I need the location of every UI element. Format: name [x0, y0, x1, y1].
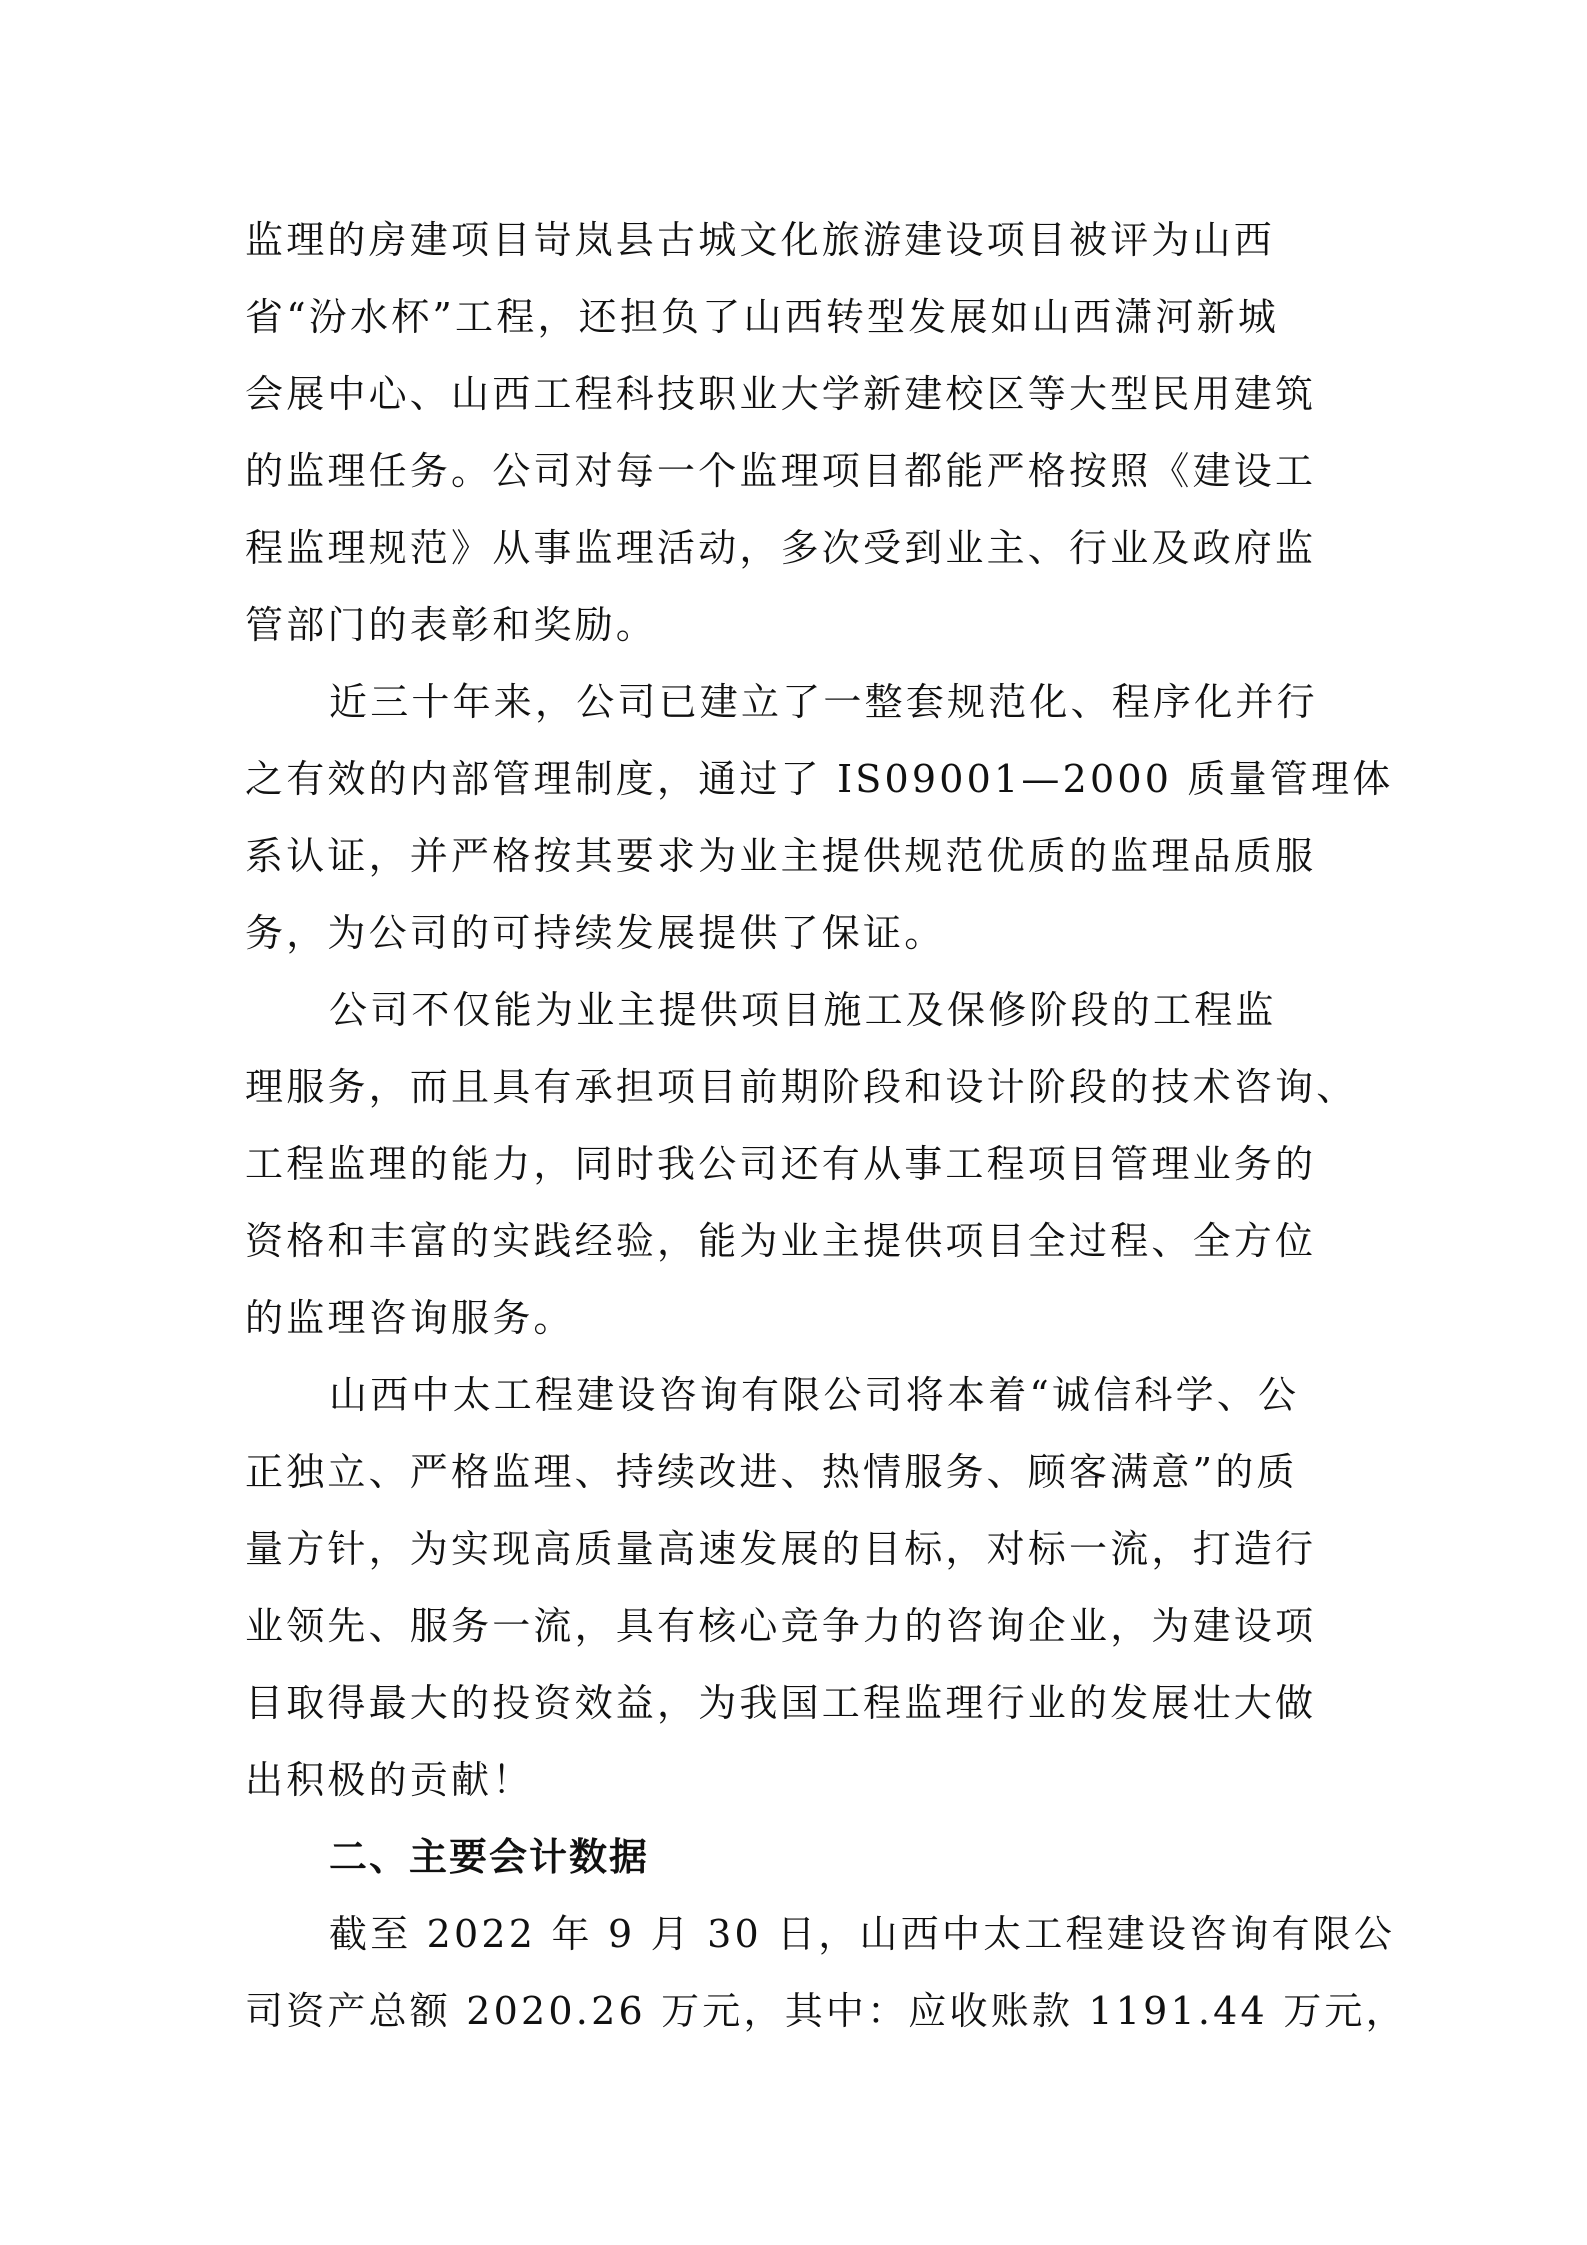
paragraph-line: 司资产总额 2020.26 万元，其中：应收账款 1191.44 万元， [245, 1976, 1407, 2046]
paragraph-line: 理服务，而且具有承担项目前期阶段和设计阶段的技术咨询、 [245, 1052, 1357, 1122]
paragraph-line: 工程监理的能力，同时我公司还有从事工程项目管理业务的 [245, 1129, 1316, 1199]
paragraph-line: 山西中太工程建设咨询有限公司将本着“诚信科学、公 [329, 1360, 1299, 1430]
paragraph-line: 量方针，为实现高质量高速发展的目标，对标一流，打造行 [245, 1514, 1316, 1584]
paragraph-line: 公司不仅能为业主提供项目施工及保修阶段的工程监 [329, 975, 1277, 1045]
paragraph-line: 业领先、服务一流，具有核心竞争力的咨询企业，为建设项 [245, 1591, 1316, 1661]
paragraph-line: 的监理咨询服务。 [245, 1283, 575, 1353]
paragraph-line: 出积极的贡献！ [245, 1745, 533, 1815]
paragraph-line: 近三十年来，公司已建立了一整套规范化、程序化并行 [329, 667, 1318, 737]
paragraph-line: 省“汾水杯”工程，还担负了山西转型发展如山西潇河新城 [245, 282, 1279, 352]
paragraph-line: 系认证，并严格按其要求为业主提供规范优质的监理品质服 [245, 821, 1316, 891]
paragraph-line: 监理的房建项目岢岚县古城文化旅游建设项目被评为山西 [245, 205, 1275, 275]
paragraph-line: 正独立、严格监理、持续改进、热情服务、顾客满意”的质 [245, 1437, 1298, 1507]
paragraph-line: 务，为公司的可持续发展提供了保证。 [245, 898, 945, 968]
paragraph-line: 资格和丰富的实践经验，能为业主提供项目全过程、全方位 [245, 1206, 1316, 1276]
paragraph-line: 会展中心、山西工程科技职业大学新建校区等大型民用建筑 [245, 359, 1316, 429]
paragraph-line: 程监理规范》从事监理活动，多次受到业主、行业及政府监 [245, 513, 1316, 583]
paragraph-line: 管部门的表彰和奖励。 [245, 590, 657, 660]
paragraph-line: 之有效的内部管理制度，通过了 IS09001—2000 质量管理体 [245, 744, 1393, 814]
paragraph-line: 目取得最大的投资效益，为我国工程监理行业的发展壮大做 [245, 1668, 1316, 1738]
paragraph-line: 截至 2022 年 9 月 30 日，山西中太工程建设咨询有限公 [329, 1899, 1395, 1969]
paragraph-line: 的监理任务。公司对每一个监理项目都能严格按照《建设工 [245, 436, 1316, 506]
section-heading: 二、主要会计数据 [329, 1822, 649, 1892]
